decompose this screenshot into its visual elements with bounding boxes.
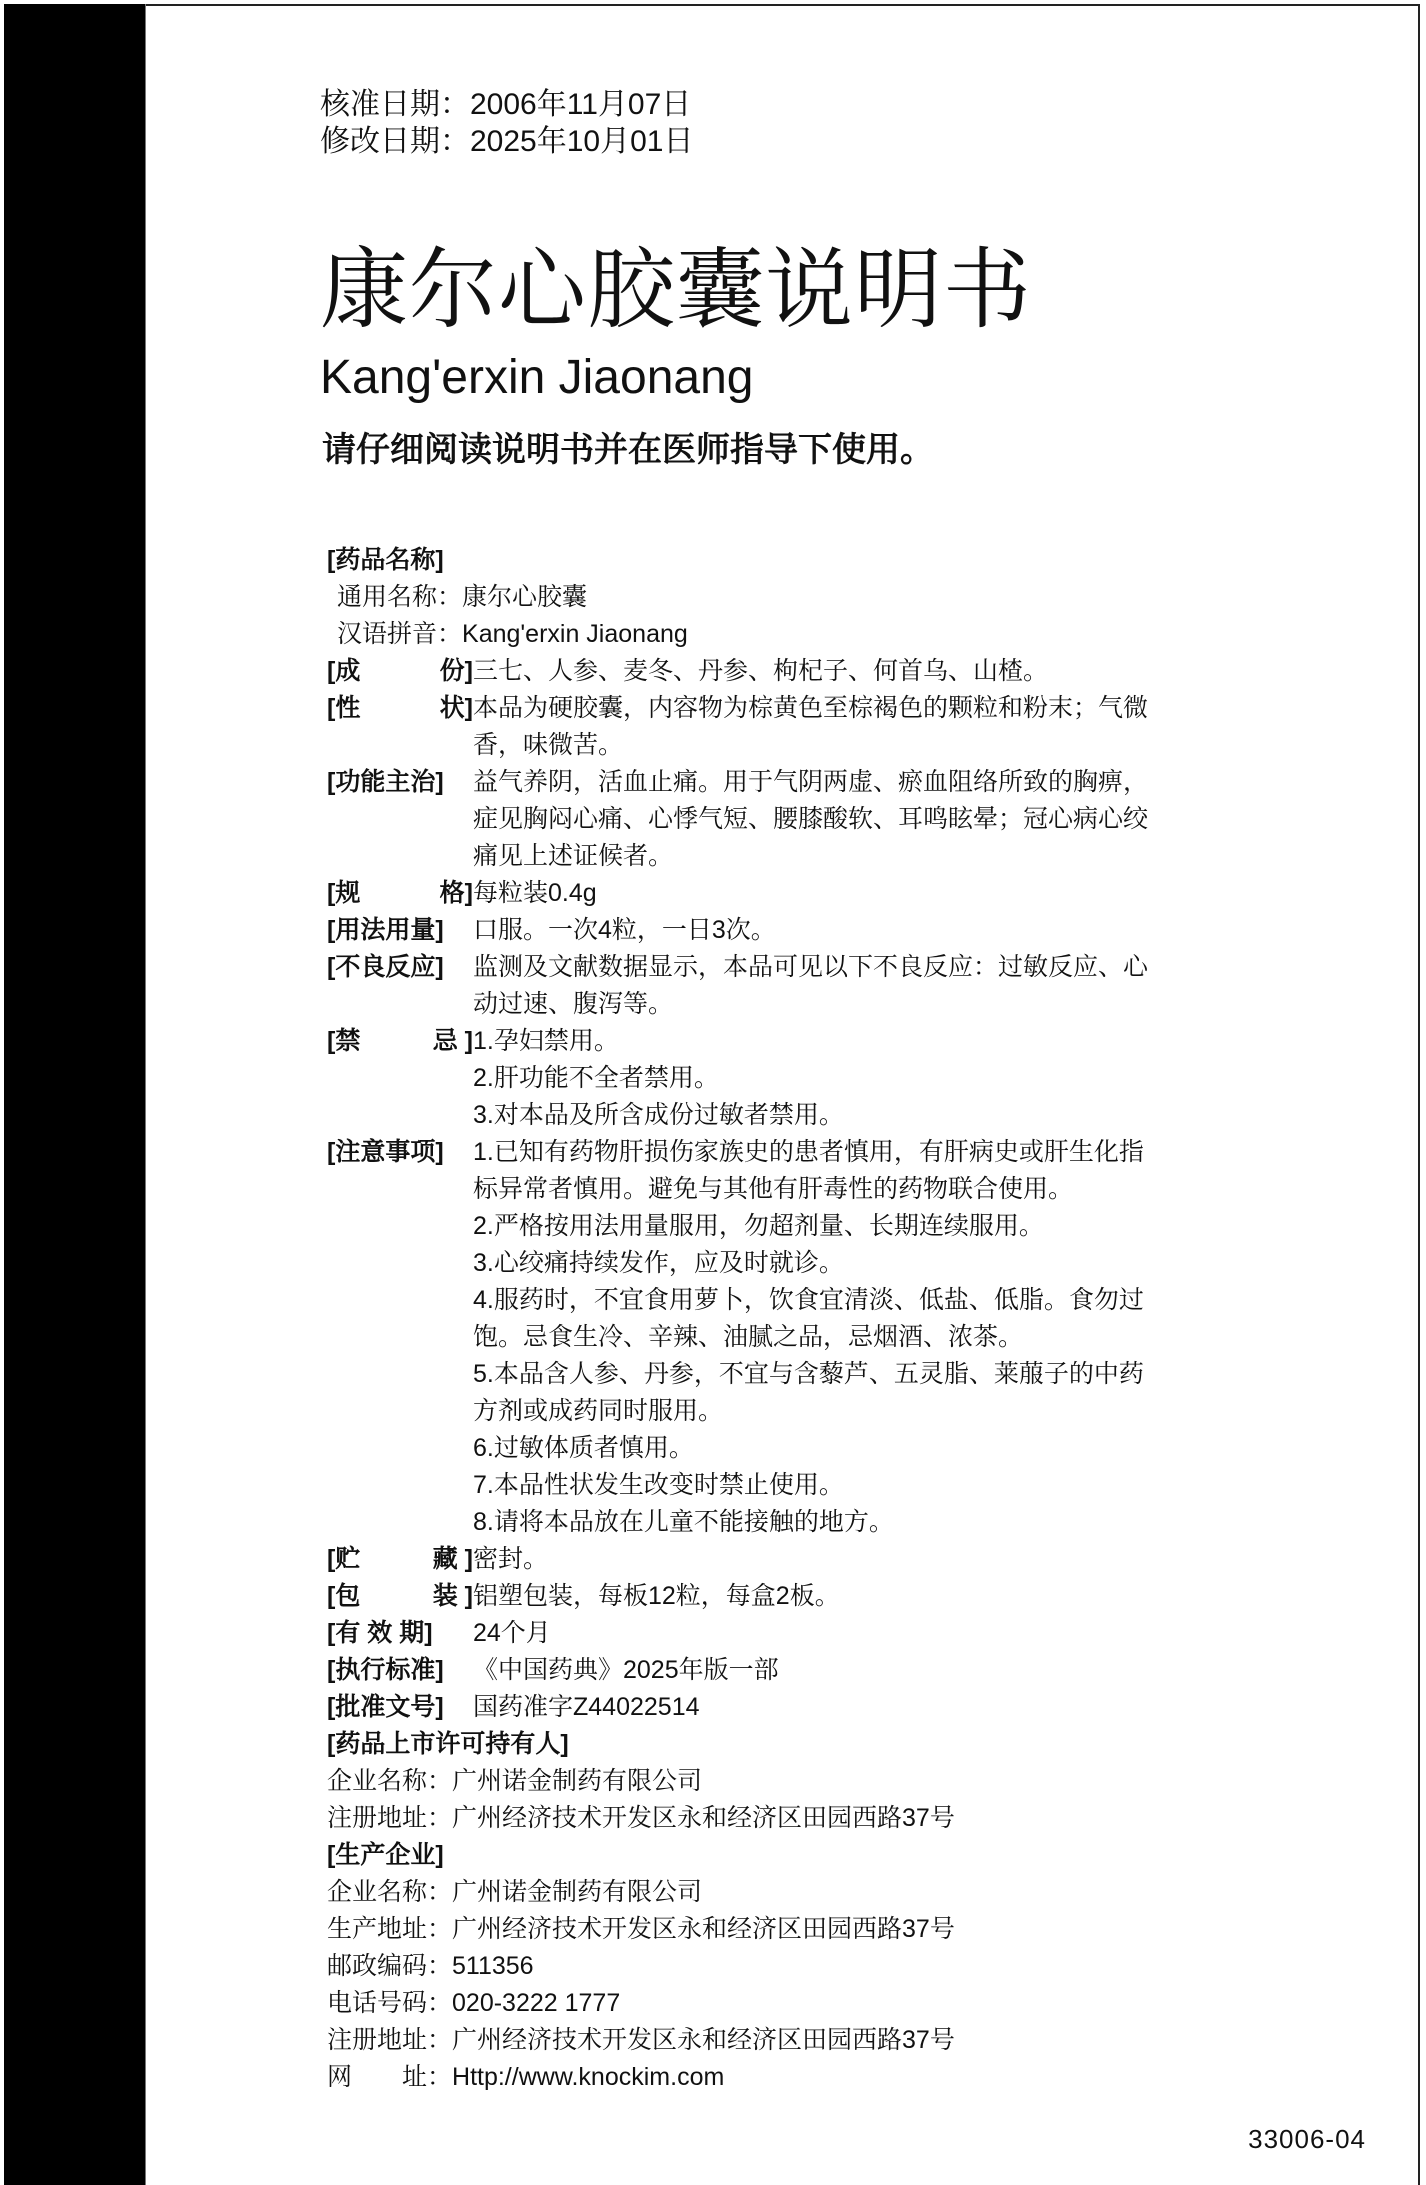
page-title: 康尔心胶囊说明书: [320, 240, 1032, 340]
info-key: 电话号码：: [327, 1985, 452, 2022]
section-label: [用法用量]: [327, 912, 473, 949]
info-row: 邮政编码：511356: [327, 1948, 1287, 1985]
pinyin-key: 汉语拼音：: [337, 616, 462, 653]
section-line: 5.本品含人参、丹参，不宜与含藜芦、五灵脂、莱菔子的中药: [473, 1356, 1287, 1393]
section-line: 方剂或成药同时服用。: [473, 1393, 1287, 1430]
info-value: 广州诺金制药有限公司: [452, 1763, 702, 1800]
sections-list: [成份]三七、人参、麦冬、丹参、枸杞子、何首乌、山楂。[性状]本品为硬胶囊，内容…: [327, 653, 1287, 1726]
section-line: 每粒装0.4g: [473, 875, 1287, 912]
info-key: 企业名称：: [327, 1763, 452, 1800]
info-row: 企业名称：广州诺金制药有限公司: [327, 1874, 1287, 1911]
section-label-left: [贮: [327, 1541, 360, 1578]
title-pinyin: Kang'erxin Jiaonang: [320, 350, 753, 406]
section-line: 动过速、腹泻等。: [473, 986, 1287, 1023]
section-line: 4.服药时，不宜食用萝卜，饮食宜清淡、低盐、低脂。食勿过: [473, 1282, 1287, 1319]
common-name-key: 通用名称：: [337, 579, 462, 616]
section-label-right: 状]: [440, 690, 473, 727]
info-row: 电话号码：020-3222 1777: [327, 1985, 1287, 2022]
info-key: 生产地址：: [327, 1911, 452, 1948]
pinyin-value: Kang'erxin Jiaonang: [462, 616, 688, 653]
section-line: 7.本品性状发生改变时禁止使用。: [473, 1467, 1287, 1504]
section-row: [性状]本品为硬胶囊，内容物为棕黄色至棕褐色的颗粒和粉末；气微香，味微苦。: [327, 690, 1287, 764]
info-value: 广州经济技术开发区永和经济区田园西路37号: [452, 1911, 955, 1948]
section-line: 3.心绞痛持续发作，应及时就诊。: [473, 1245, 1287, 1282]
section-label-left: [执行标准]: [327, 1652, 444, 1689]
common-name-row: 通用名称： 康尔心胶囊: [327, 579, 1287, 616]
section-label-left: [用法用量]: [327, 912, 444, 949]
leaflet-body: [药品名称] 通用名称： 康尔心胶囊 汉语拼音： Kang'erxin Jiao…: [327, 542, 1287, 2096]
license-holder-list: 企业名称：广州诺金制药有限公司注册地址：广州经济技术开发区永和经济区田园西路37…: [327, 1763, 1287, 1837]
info-value: 511356: [452, 1948, 534, 1985]
section-label-right: 装 ]: [433, 1578, 473, 1615]
section-row: [禁忌 ]1.孕妇禁用。2.肝功能不全者禁用。3.对本品及所含成份过敏者禁用。: [327, 1023, 1287, 1134]
section-label: [性状]: [327, 690, 473, 727]
section-line: 标异常者慎用。避免与其他有肝毒性的药物联合使用。: [473, 1171, 1287, 1208]
section-row: [贮藏 ]密封。: [327, 1541, 1287, 1578]
section-label-left: [批准文号]: [327, 1689, 444, 1726]
section-row: [有 效 期]24个月: [327, 1615, 1287, 1652]
info-value: 广州经济技术开发区永和经济区田园西路37号: [452, 1800, 955, 1837]
section-row: [成份]三七、人参、麦冬、丹参、枸杞子、何首乌、山楂。: [327, 653, 1287, 690]
info-key: 注册地址：: [327, 2022, 452, 2059]
section-line: 1.已知有药物肝损伤家族史的患者慎用，有肝病史或肝生化指: [473, 1134, 1287, 1171]
section-value: 口服。一次4粒，一日3次。: [473, 912, 1287, 949]
section-label: [功能主治]: [327, 764, 473, 801]
section-value: 24个月: [473, 1615, 1287, 1652]
section-label: [批准文号]: [327, 1689, 473, 1726]
info-key: 企业名称：: [327, 1874, 452, 1911]
section-label: [执行标准]: [327, 1652, 473, 1689]
left-black-bar: [4, 4, 146, 2185]
license-holder-heading: [药品上市许可持有人]: [327, 1726, 1287, 1763]
document-code: 33006-04: [1248, 2124, 1366, 2155]
section-value: 1.孕妇禁用。2.肝功能不全者禁用。3.对本品及所含成份过敏者禁用。: [473, 1023, 1287, 1134]
section-line: 饱。忌食生冷、辛辣、油腻之品，忌烟酒、浓茶。: [473, 1319, 1287, 1356]
section-label-right: 忌 ]: [433, 1023, 473, 1060]
section-row: [规格]每粒装0.4g: [327, 875, 1287, 912]
section-label-right: 份]: [440, 653, 473, 690]
section-line: 口服。一次4粒，一日3次。: [473, 912, 1287, 949]
section-label: [贮藏 ]: [327, 1541, 473, 1578]
section-label-left: [性: [327, 690, 360, 727]
section-value: 本品为硬胶囊，内容物为棕黄色至棕褐色的颗粒和粉末；气微香，味微苦。: [473, 690, 1287, 764]
section-row: [不良反应]监测及文献数据显示，本品可见以下不良反应：过敏反应、心动过速、腹泻等…: [327, 949, 1287, 1023]
info-row: 注册地址：广州经济技术开发区永和经济区田园西路37号: [327, 1800, 1287, 1837]
section-line: 铝塑包装，每板12粒，每盒2板。: [473, 1578, 1287, 1615]
section-value: 监测及文献数据显示，本品可见以下不良反应：过敏反应、心动过速、腹泻等。: [473, 949, 1287, 1023]
section-line: 香，味微苦。: [473, 727, 1287, 764]
section-line: 3.对本品及所含成份过敏者禁用。: [473, 1097, 1287, 1134]
section-line: 症见胸闷心痛、心悸气短、腰膝酸软、耳鸣眩晕；冠心病心绞: [473, 801, 1287, 838]
section-row: [功能主治]益气养阴，活血止痛。用于气阴两虚、瘀血阻络所致的胸痹，症见胸闷心痛、…: [327, 764, 1287, 875]
section-line: 2.肝功能不全者禁用。: [473, 1060, 1287, 1097]
section-line: 监测及文献数据显示，本品可见以下不良反应：过敏反应、心: [473, 949, 1287, 986]
section-row: [注意事项]1.已知有药物肝损伤家族史的患者慎用，有肝病史或肝生化指标异常者慎用…: [327, 1134, 1287, 1541]
section-value: 三七、人参、麦冬、丹参、枸杞子、何首乌、山楂。: [473, 653, 1287, 690]
section-line: 本品为硬胶囊，内容物为棕黄色至棕褐色的颗粒和粉末；气微: [473, 690, 1287, 727]
section-line: 8.请将本品放在儿童不能接触的地方。: [473, 1504, 1287, 1541]
section-value: 铝塑包装，每板12粒，每盒2板。: [473, 1578, 1287, 1615]
section-line: 24个月: [473, 1615, 1287, 1652]
section-row: [执行标准]《中国药典》2025年版一部: [327, 1652, 1287, 1689]
section-label-left: [包: [327, 1578, 360, 1615]
info-value: 广州经济技术开发区永和经济区田园西路37号: [452, 2022, 955, 2059]
section-label-left: [成: [327, 653, 360, 690]
section-label: [不良反应]: [327, 949, 473, 986]
info-value: Http://www.knockim.com: [452, 2059, 724, 2096]
section-value: 1.已知有药物肝损伤家族史的患者慎用，有肝病史或肝生化指标异常者慎用。避免与其他…: [473, 1134, 1287, 1541]
section-label-right: 格]: [440, 875, 473, 912]
section-value: 益气养阴，活血止痛。用于气阴两虚、瘀血阻络所致的胸痹，症见胸闷心痛、心悸气短、腰…: [473, 764, 1287, 875]
section-line: 1.孕妇禁用。: [473, 1023, 1287, 1060]
approval-date: 核准日期：2006年11月07日: [320, 86, 693, 123]
section-value: 国药准字Z44022514: [473, 1689, 1287, 1726]
section-line: 痛见上述证候者。: [473, 838, 1287, 875]
info-row: 企业名称：广州诺金制药有限公司: [327, 1763, 1287, 1800]
section-label-left: [禁: [327, 1023, 360, 1060]
section-label: [成份]: [327, 653, 473, 690]
section-line: 2.严格按用法用量服用，勿超剂量、长期连续服用。: [473, 1208, 1287, 1245]
section-row: [批准文号]国药准字Z44022514: [327, 1689, 1287, 1726]
usage-notice: 请仔细阅读说明书并在医师指导下使用。: [322, 428, 934, 472]
section-label: [规格]: [327, 875, 473, 912]
drug-name-heading: [药品名称]: [327, 542, 1287, 579]
section-label-left: [规: [327, 875, 360, 912]
section-label-left: [不良反应]: [327, 949, 444, 986]
section-line: 《中国药典》2025年版一部: [473, 1652, 1287, 1689]
section-row: [用法用量]口服。一次4粒，一日3次。: [327, 912, 1287, 949]
section-value: 密封。: [473, 1541, 1287, 1578]
section-label: [注意事项]: [327, 1134, 473, 1171]
section-line: 6.过敏体质者慎用。: [473, 1430, 1287, 1467]
section-line: 密封。: [473, 1541, 1287, 1578]
pinyin-row: 汉语拼音： Kang'erxin Jiaonang: [327, 616, 1287, 653]
manufacturer-heading: [生产企业]: [327, 1837, 1287, 1874]
common-name-value: 康尔心胶囊: [462, 579, 587, 616]
date-block: 核准日期：2006年11月07日 修改日期：2025年10月01日: [320, 86, 693, 160]
section-label: [包装 ]: [327, 1578, 473, 1615]
info-key: 注册地址：: [327, 1800, 452, 1837]
section-line: 国药准字Z44022514: [473, 1689, 1287, 1726]
section-label-left: [功能主治]: [327, 764, 444, 801]
section-value: 每粒装0.4g: [473, 875, 1287, 912]
section-label: [禁忌 ]: [327, 1023, 473, 1060]
info-row: 网 址：Http://www.knockim.com: [327, 2059, 1287, 2096]
section-row: [包装 ]铝塑包装，每板12粒，每盒2板。: [327, 1578, 1287, 1615]
section-line: 三七、人参、麦冬、丹参、枸杞子、何首乌、山楂。: [473, 653, 1287, 690]
section-label: [有 效 期]: [327, 1615, 473, 1652]
revision-date: 修改日期：2025年10月01日: [320, 123, 693, 160]
info-row: 生产地址：广州经济技术开发区永和经济区田园西路37号: [327, 1911, 1287, 1948]
section-value: 《中国药典》2025年版一部: [473, 1652, 1287, 1689]
info-value: 广州诺金制药有限公司: [452, 1874, 702, 1911]
manufacturer-list: 企业名称：广州诺金制药有限公司生产地址：广州经济技术开发区永和经济区田园西路37…: [327, 1874, 1287, 2096]
info-key: 网 址：: [327, 2059, 452, 2096]
info-row: 注册地址：广州经济技术开发区永和经济区田园西路37号: [327, 2022, 1287, 2059]
section-line: 益气养阴，活血止痛。用于气阴两虚、瘀血阻络所致的胸痹，: [473, 764, 1287, 801]
info-key: 邮政编码：: [327, 1948, 452, 1985]
section-label-left: [注意事项]: [327, 1134, 444, 1171]
info-value: 020-3222 1777: [452, 1985, 620, 2022]
section-label-right: 藏 ]: [433, 1541, 473, 1578]
section-label-left: [有 效 期]: [327, 1615, 433, 1652]
